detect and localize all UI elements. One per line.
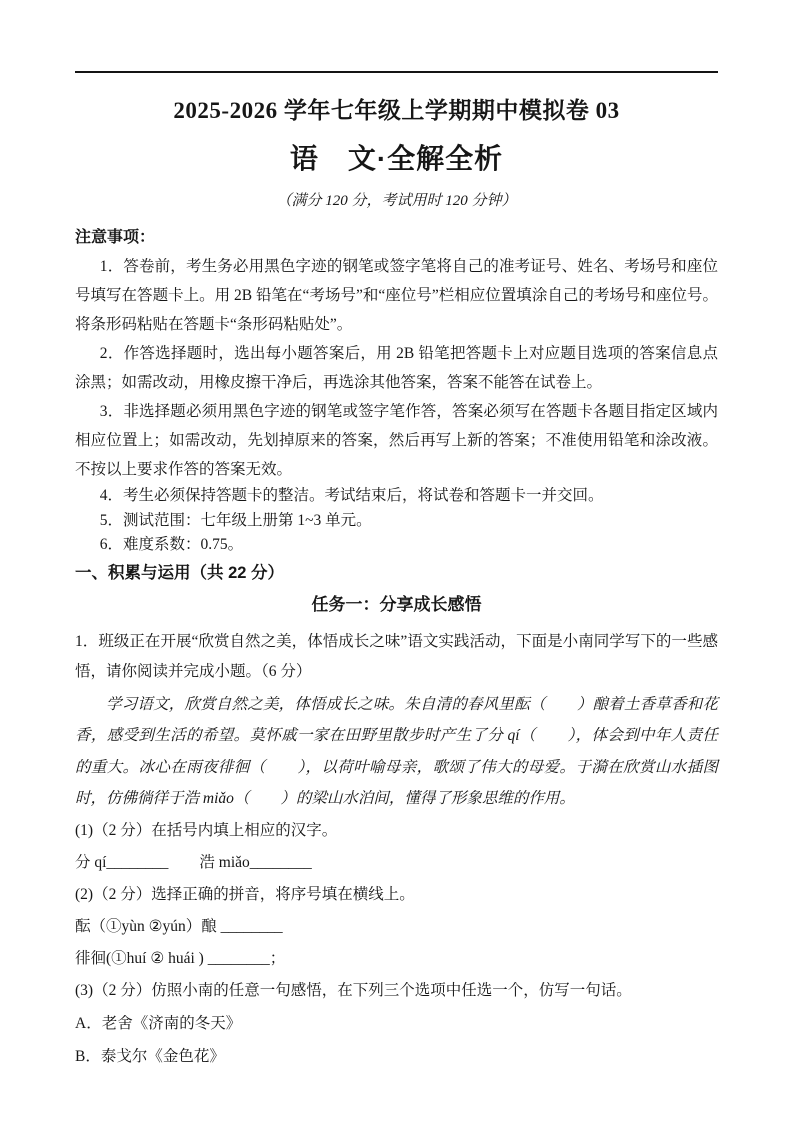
answer-option-b: B．泰戈尔《金色花》 bbox=[75, 1040, 718, 1073]
notice-list: 1．答卷前，考生务必用黑色字迹的钢笔或签字笔将自己的准考证号、姓名、考场号和座位… bbox=[75, 252, 718, 558]
exam-info-line: （满分 120 分，考试用时 120 分钟） bbox=[75, 189, 718, 210]
notice-item-2: 2．作答选择题时，选出每小题答案后，用 2B 铅笔把答题卡上对应题目选项的答案信… bbox=[75, 339, 718, 397]
question-1-part-2-pinyin-line-2: 徘徊(①huí ② huái ) ________； bbox=[75, 943, 718, 975]
notice-item-1: 1．答卷前，考生务必用黑色字迹的钢笔或签字笔将自己的准考证号、姓名、考场号和座位… bbox=[75, 252, 718, 339]
question-1-part-1-label: (1)（2 分）在括号内填上相应的汉字。 bbox=[75, 815, 718, 847]
notice-item-6: 6．难度系数：0.75。 bbox=[75, 533, 718, 558]
notice-item-5: 5．测试范围：七年级上册第 1~3 单元。 bbox=[75, 509, 718, 534]
question-1-part-2-pinyin-line-1: 酝（①yùn ②yún）酿 ________ bbox=[75, 911, 718, 943]
question-1-part-2-label: (2)（2 分）选择正确的拼音，将序号填在横线上。 bbox=[75, 879, 718, 911]
task-heading: 任务一：分享成长感悟 bbox=[75, 590, 718, 615]
header-divider-rule bbox=[75, 71, 718, 73]
exam-subtitle: 语 文·全解全析 bbox=[75, 137, 718, 177]
page-content: 2025-2026 学年七年级上学期期中模拟卷 03 语 文·全解全析 （满分 … bbox=[75, 0, 718, 1073]
notice-item-4: 4．考生必须保持答题卡的整洁。考试结束后，将试卷和答题卡一并交回。 bbox=[75, 484, 718, 509]
exam-title: 2025-2026 学年七年级上学期期中模拟卷 03 bbox=[75, 92, 718, 125]
exam-paper-page: 2025-2026 学年七年级上学期期中模拟卷 03 语 文·全解全析 （满分 … bbox=[0, 0, 793, 1122]
question-1-part-3-label: (3)（2 分）仿照小南的任意一句感悟，在下列三个选项中任选一个，仿写一句话。 bbox=[75, 975, 718, 1007]
question-1-part-1-fill-line: 分 qí________ 浩 miǎo________ bbox=[75, 847, 718, 879]
notice-heading: 注意事项： bbox=[75, 224, 718, 247]
notice-item-3: 3．非选择题必须用黑色字迹的钢笔或签字笔作答，答案必须写在答题卡各题目指定区域内… bbox=[75, 397, 718, 484]
question-1-intro: 1．班级正在开展“欣赏自然之美，体悟成长之味”语文实践活动，下面是小南同学写下的… bbox=[75, 627, 718, 687]
answer-option-a: A．老舍《济南的冬天》 bbox=[75, 1007, 718, 1040]
section-heading: 一、积累与运用（共 22 分） bbox=[75, 559, 718, 583]
question-1-passage: 学习语文，欣赏自然之美，体悟成长之味。朱自清的春风里酝（ ）酿着土香草香和花香，… bbox=[75, 689, 718, 815]
